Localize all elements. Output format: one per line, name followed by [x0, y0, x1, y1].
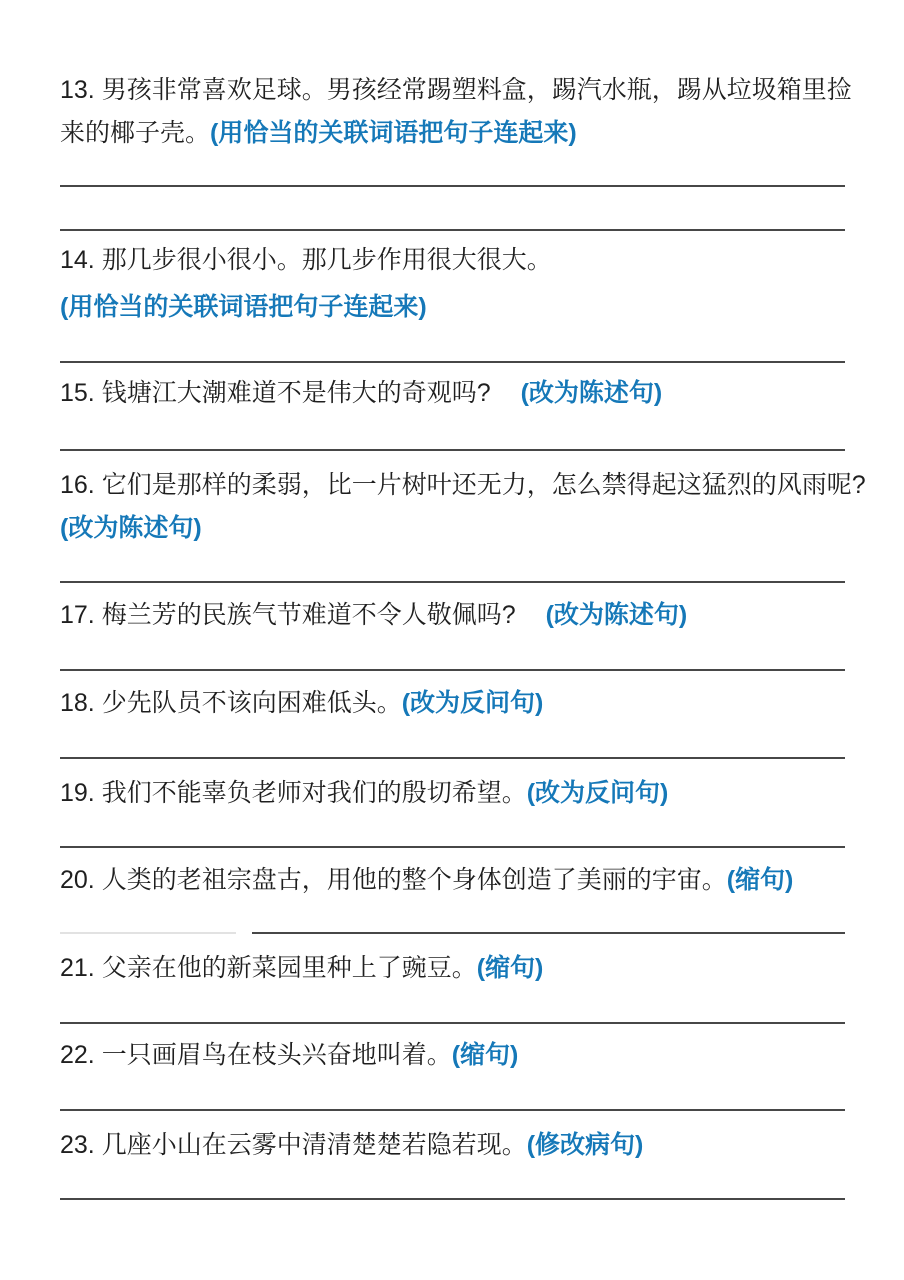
question-18-line: 18. 少先队员不该向困难低头。(改为反问句)	[60, 681, 543, 726]
answer-blank-line	[60, 229, 845, 231]
question-13-line-1: 13. 男孩非常喜欢足球。男孩经常踢塑料盒，踢汽水瓶，踢从垃圾箱里捡	[60, 68, 852, 113]
worksheet-page: 13. 男孩非常喜欢足球。男孩经常踢塑料盒，踢汽水瓶，踢从垃圾箱里捡 来的椰子壳…	[0, 0, 904, 1280]
question-16-instruction: (改为陈述句)	[60, 514, 202, 542]
question-19-line: 19. 我们不能辜负老师对我们的殷切希望。(改为反问句)	[60, 771, 668, 816]
question-20-text: 20. 人类的老祖宗盘古，用他的整个身体创造了美丽的宇宙。	[60, 866, 727, 894]
question-18-text: 18. 少先队员不该向困难低头。	[60, 689, 402, 717]
answer-blank-line	[60, 449, 845, 451]
question-14-line-2: (用恰当的关联词语把句子连起来)	[60, 285, 427, 330]
question-14-text: 14. 那几步很小很小。那几步作用很大很大。	[60, 246, 552, 274]
answer-blank-line	[60, 669, 845, 671]
question-13-instruction: (用恰当的关联词语把句子连起来)	[210, 119, 577, 147]
answer-blank-line-faded-segment	[60, 932, 236, 934]
question-19-text: 19. 我们不能辜负老师对我们的殷切希望。	[60, 779, 527, 807]
question-14-instruction: (用恰当的关联词语把句子连起来)	[60, 293, 427, 321]
question-16-line-2: (改为陈述句)	[60, 506, 202, 551]
answer-blank-line	[60, 846, 845, 848]
answer-blank-line	[60, 1198, 845, 1200]
question-15-text: 15. 钱塘江大潮难道不是伟大的奇观吗?	[60, 379, 491, 407]
answer-blank-line	[60, 1022, 845, 1024]
question-13-text: 13. 男孩非常喜欢足球。男孩经常踢塑料盒，踢汽水瓶，踢从垃圾箱里捡	[60, 76, 852, 104]
question-17-line: 17. 梅兰芳的民族气节难道不令人敬佩吗?(改为陈述句)	[60, 593, 687, 638]
question-17-instruction: (改为陈述句)	[546, 601, 688, 629]
question-23-text: 23. 几座小山在云雾中清清楚楚若隐若现。	[60, 1131, 527, 1159]
answer-blank-line	[60, 757, 845, 759]
question-20-instruction: (缩句)	[727, 866, 794, 894]
question-15-line: 15. 钱塘江大潮难道不是伟大的奇观吗?(改为陈述句)	[60, 371, 662, 416]
question-20-line: 20. 人类的老祖宗盘古，用他的整个身体创造了美丽的宇宙。(缩句)	[60, 858, 793, 903]
question-18-instruction: (改为反问句)	[402, 689, 544, 717]
answer-blank-line	[60, 361, 845, 363]
answer-blank-line	[60, 185, 845, 187]
answer-blank-line	[252, 932, 845, 934]
question-23-instruction: (修改病句)	[527, 1131, 644, 1159]
answer-blank-line	[60, 1109, 845, 1111]
question-19-instruction: (改为反问句)	[527, 779, 669, 807]
answer-blank-line	[60, 581, 845, 583]
question-15-instruction: (改为陈述句)	[521, 379, 663, 407]
question-13-line-2: 来的椰子壳。(用恰当的关联词语把句子连起来)	[60, 111, 577, 156]
question-16-line-1: 16. 它们是那样的柔弱，比一片树叶还无力，怎么禁得起这猛烈的风雨呢?	[60, 463, 866, 508]
question-22-instruction: (缩句)	[452, 1041, 519, 1069]
question-23-line: 23. 几座小山在云雾中清清楚楚若隐若现。(修改病句)	[60, 1123, 643, 1168]
question-16-text: 16. 它们是那样的柔弱，比一片树叶还无力，怎么禁得起这猛烈的风雨呢?	[60, 471, 866, 499]
question-21-text: 21. 父亲在他的新菜园里种上了豌豆。	[60, 954, 477, 982]
question-22-text: 22. 一只画眉鸟在枝头兴奋地叫着。	[60, 1041, 452, 1069]
question-13-text-continued: 来的椰子壳。	[60, 119, 210, 147]
question-21-line: 21. 父亲在他的新菜园里种上了豌豆。(缩句)	[60, 946, 543, 991]
question-14-line-1: 14. 那几步很小很小。那几步作用很大很大。	[60, 238, 552, 283]
question-21-instruction: (缩句)	[477, 954, 544, 982]
question-22-line: 22. 一只画眉鸟在枝头兴奋地叫着。(缩句)	[60, 1033, 518, 1078]
question-17-text: 17. 梅兰芳的民族气节难道不令人敬佩吗?	[60, 601, 516, 629]
